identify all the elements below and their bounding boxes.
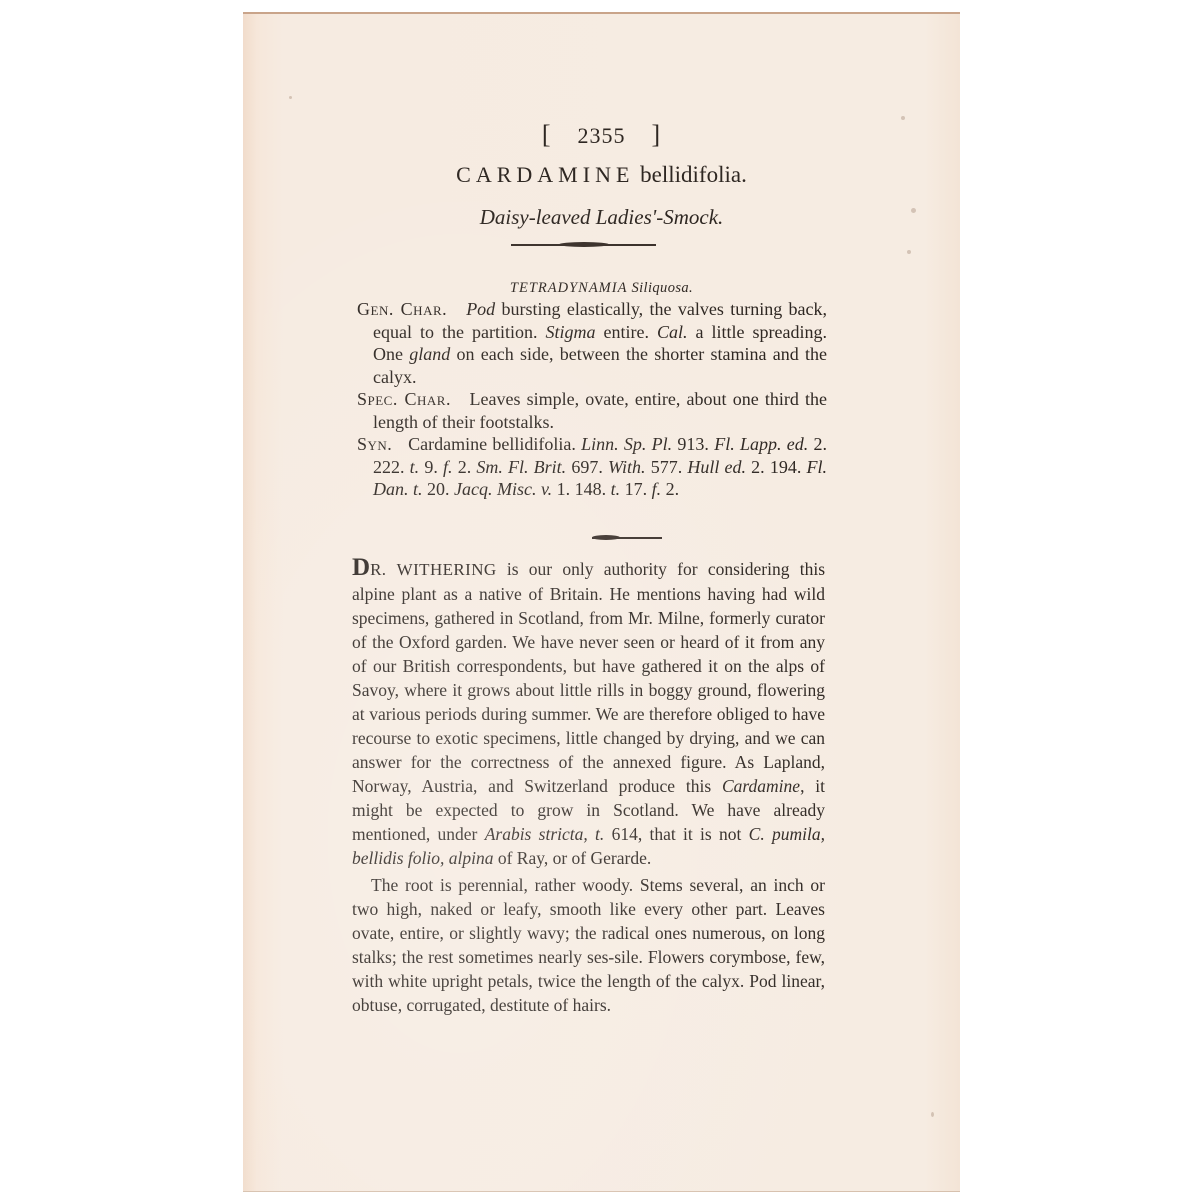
species-title: CARDAMINE bellidifolia. [243,162,960,188]
description-paragraph: The root is perennial, rather woody. Ste… [352,873,825,1017]
common-name: Daisy-leaved Ladies'-Smock. [243,205,960,230]
class-name: TETRADYNAMIA [510,280,628,296]
italic-text: Pod [466,299,495,319]
book-page: [2355] CARDAMINE bellidifolia. Daisy-lea… [243,12,960,1192]
character-label: Spec. Char. [357,389,451,409]
paper-spot [907,250,911,254]
italic-text: Hull ed. [687,457,746,477]
ornamental-rule-middle [592,537,662,539]
text-run: 913. [672,434,714,454]
character-entry: Gen. Char. Pod bursting elastically, the… [357,298,827,388]
plate-number: [2355] [243,120,960,150]
text-run: entire. [596,322,658,342]
italic-text: With. [608,457,646,477]
author-name: R. WITHERING [370,560,497,579]
italic-text: Cal. [657,322,688,342]
italic-text: Linn. Sp. Pl. [581,434,672,454]
text-run: 614, that it is not [604,824,748,844]
italic-text: Arabis stricta, t. [485,824,605,844]
character-label: Syn. [357,434,392,454]
description-text: DR. WITHERING is our only authority for … [352,556,825,1017]
italic-text: Sm. Fl. Brit. [476,457,566,477]
italic-text: Stigma [545,322,595,342]
drop-cap: D [352,554,370,581]
description-paragraph: DR. WITHERING is our only authority for … [352,556,825,870]
text-run: 1. 148. [552,479,611,499]
linnaean-classification: TETRADYNAMIA Siliquosa. [243,280,960,297]
paper-spot [911,208,916,213]
text-run: 2. 194. [746,457,807,477]
italic-text: Cardamine [722,776,800,796]
character-label: Gen. Char. [357,299,447,319]
text-run: 20. [423,479,455,499]
plate-number-value: 2355 [578,123,626,148]
genus-name: CARDAMINE [456,162,634,187]
text-run: of Ray, or of Gerarde. [493,848,651,868]
italic-text: Fl. Lapp. ed. [714,434,808,454]
text-run: The root is perennial, rather woody. Ste… [352,875,825,1015]
paper-spot [289,96,292,99]
paper-spot [901,116,905,120]
text-run: 17. [620,479,652,499]
character-entry: Syn. Cardamine bellidifolia. Linn. Sp. P… [357,433,827,501]
italic-text: t. [611,479,621,499]
characters-block: Gen. Char. Pod bursting elastically, the… [357,298,827,501]
ornamental-rule-top [511,244,656,246]
character-entry: Spec. Char. Leaves simple, ovate, entire… [357,388,827,433]
italic-text: f. [652,479,662,499]
italic-text: t. [410,457,420,477]
paper-spot [931,1112,934,1117]
text-run: 577. [646,457,688,477]
bracket-left: [ [516,120,578,149]
order-name: Siliquosa. [631,280,693,296]
text-run: Cardamine bellidifolia. [408,434,581,454]
text-run: 9. [419,457,443,477]
text-run: 697. [566,457,608,477]
text-run: is our only authority for considering th… [352,559,825,796]
italic-text: Jacq. Misc. v. [454,479,552,499]
text-run: 2. [453,457,477,477]
italic-text: f. [443,457,453,477]
bracket-right: ] [626,120,688,149]
species-name: bellidifolia. [640,162,747,187]
rule-ornament [592,535,620,540]
italic-text: gland [409,344,450,364]
text-run: 2. [661,479,679,499]
rule-ornament [559,242,609,247]
